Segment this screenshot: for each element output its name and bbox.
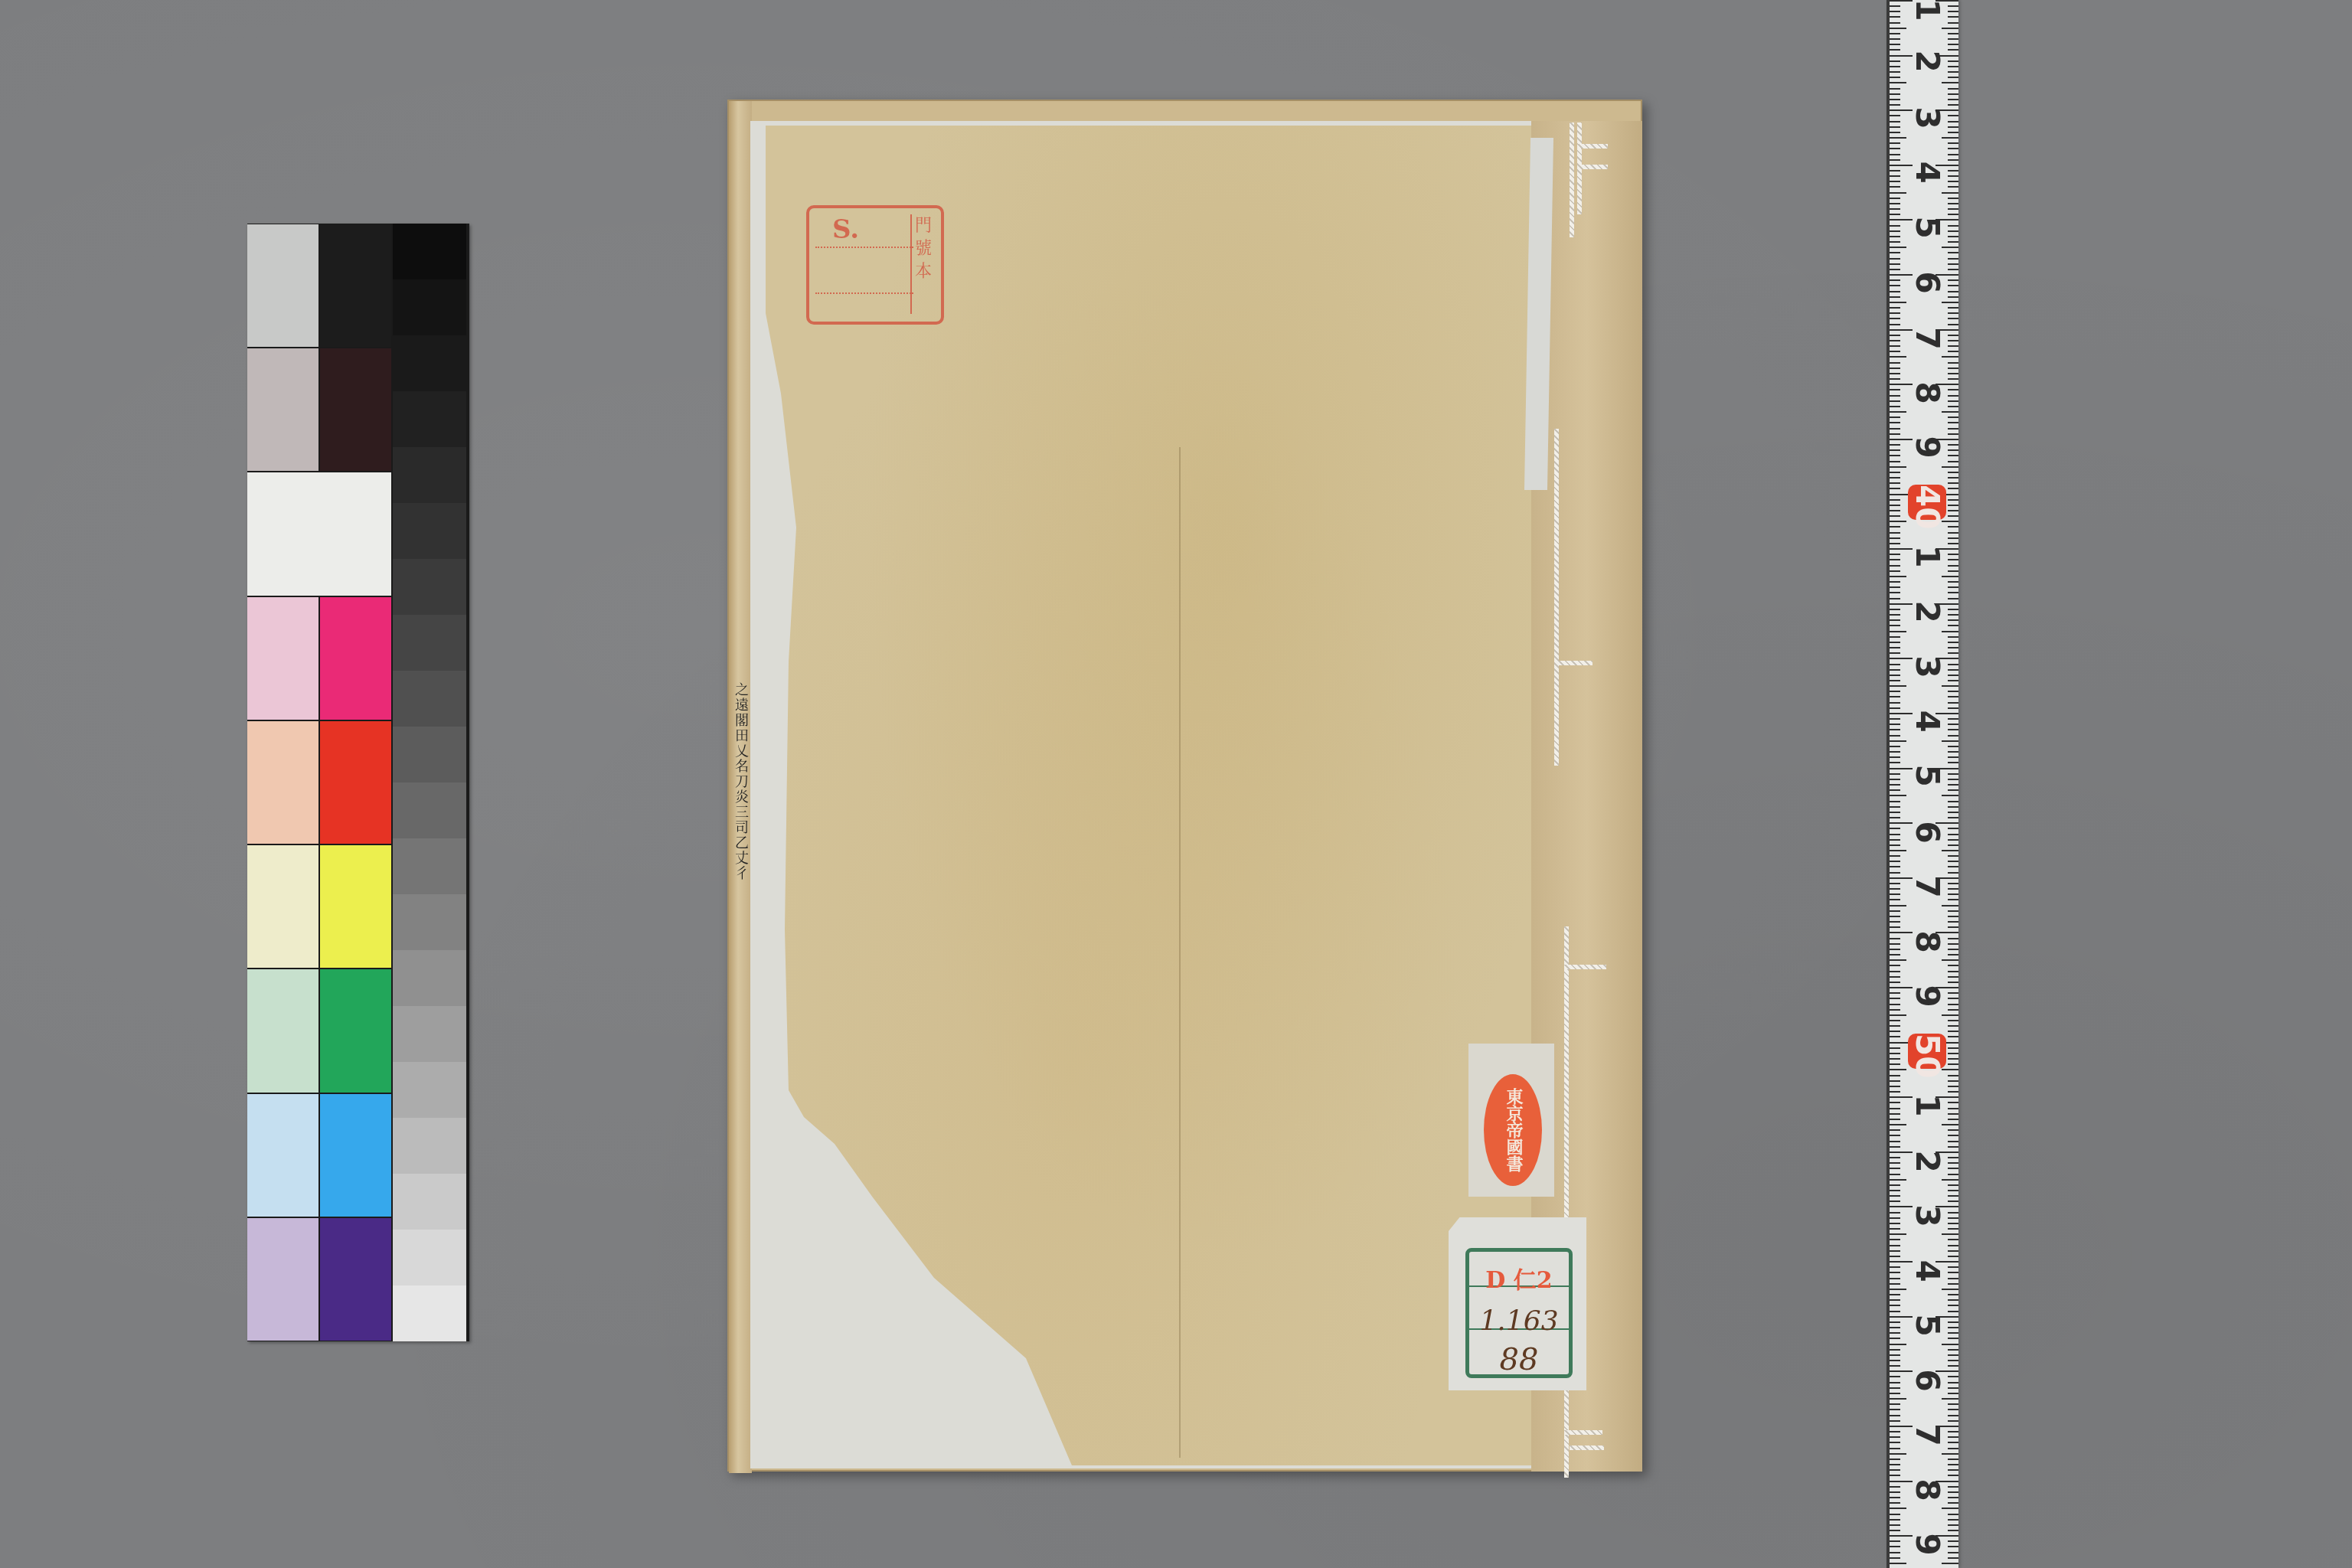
ruler-label: 8 [1908,1469,1946,1511]
ruler-tick [1948,1058,1958,1060]
ruler-tick [1948,16,1958,18]
ruler-tick [1890,565,1900,567]
ruler-tick [1890,1420,1900,1422]
ruler-tick [1890,1239,1900,1240]
ruler-tick [1948,839,1958,841]
ruler-tick [1890,472,1900,473]
ruler-tick [1948,1436,1958,1438]
ruler-tick [1890,318,1900,319]
binding-thread [1570,1445,1604,1450]
gray-step [393,1230,466,1285]
ruler-tick [1890,88,1900,90]
ruler-tick [1948,44,1958,45]
ruler-tick [1890,247,1906,248]
ruler-tick [1890,33,1900,34]
ruler-tick [1890,236,1900,237]
gray-step [393,838,466,894]
color-patch [247,348,318,471]
ruler-tick [1948,362,1958,364]
ruler-tick [1890,154,1900,155]
ruler-tick [1948,1086,1958,1087]
binding-thread [1577,165,1608,169]
ruler-tick [1948,60,1958,62]
ruler-tick [1890,1256,1900,1257]
ruler-tick [1890,291,1900,292]
gray-step [393,1285,466,1341]
ruler-tick [1890,1436,1900,1438]
ruler-tick [1890,817,1900,818]
ruler-tick [1890,576,1906,577]
ruler-tick [1890,1086,1900,1087]
ruler-tick [1890,198,1900,199]
ruler-tick [1890,499,1900,501]
ruler-tick [1948,696,1958,697]
ruler-tick [1948,1354,1958,1356]
ruler-tick [1890,1036,1900,1037]
ruler-tick [1890,449,1900,451]
ruler-tick [1890,1146,1900,1148]
ruler-tick [1890,203,1900,204]
ruler-tick [1890,543,1900,544]
ruler-tick [1948,943,1958,945]
gray-step [393,1006,466,1062]
gray-step [393,559,466,615]
gray-step [393,1118,466,1174]
ruler-tick [1890,1311,1900,1312]
call-number-label: D 仁2 1.163 88 [1449,1217,1586,1390]
ruler-tick [1890,38,1900,40]
ruler-tick [1890,1289,1906,1290]
ruler-tick [1948,104,1958,106]
ruler-tick [1948,1530,1958,1531]
ruler-tick [1948,647,1958,648]
ruler-tick [1890,675,1900,676]
ruler-tick [1890,1063,1900,1065]
ruler-tick [1890,28,1906,29]
ruler-tick [1948,1299,1958,1301]
ruler-label: 2 [1908,1141,1946,1182]
ruler-tick [1948,1174,1958,1175]
ruler-tick [1890,49,1900,51]
ruler-tick [1948,570,1958,572]
ruler-tick [1948,926,1958,928]
ruler-tick [1948,324,1958,325]
ruler-tick [1890,428,1900,430]
ruler-tick [1948,115,1958,116]
ruler-tick [1890,477,1900,479]
ruler-tick [1948,296,1958,298]
gray-step [393,1174,466,1230]
library-accession-stamp: S. 門 號 本 [806,205,944,325]
ruler-tick [1890,395,1900,397]
ruler-tick [1948,773,1958,775]
ruler-tick [1948,861,1958,862]
ruler-tick [1890,1305,1900,1306]
ruler-tick [1948,789,1958,791]
ruler-tick [1948,1075,1958,1076]
binding-thread [1558,661,1592,665]
ruler-tick [1890,526,1900,528]
ruler-tick [1948,992,1958,994]
ruler-tick [1948,609,1958,610]
ruler-tick [1948,1020,1958,1021]
ruler-tick [1948,625,1958,626]
ruler-tick [1948,762,1958,763]
ruler-tick [1948,312,1958,314]
ruler-tick [1948,406,1958,407]
ruler-tick [1948,1053,1958,1054]
ruler-tick [1890,872,1900,874]
binding-thread [1577,144,1608,149]
ruler-tick [1890,971,1900,972]
ruler-tick [1890,850,1906,851]
ruler-tick [1890,976,1900,978]
ruler-tick [1890,241,1900,243]
ruler-tick [1890,631,1906,632]
ruler-tick [1890,779,1900,780]
ruler-tick [1948,1108,1958,1109]
cover-crease [1179,447,1181,1458]
ruler-tick [1948,1327,1958,1328]
ruler-tick [1948,132,1958,133]
ruler-tick [1890,926,1900,928]
ruler-tick [1948,543,1958,544]
ruler-tick [1948,806,1958,808]
ownership-seal-label: 東京帝國書 [1468,1044,1554,1197]
ruler-tick [1890,1179,1906,1181]
ruler-tick [1890,828,1900,829]
ruler-tick [1890,99,1900,100]
gray-step [393,279,466,335]
ruler-tick [1890,784,1900,786]
ruler-tick [1948,1431,1958,1432]
ruler-tick [1890,554,1900,555]
ruler-tick [1890,1091,1900,1093]
ruler-tick [1890,1272,1900,1273]
gray-step [393,503,466,559]
ruler-tick [1948,1420,1958,1422]
ruler-tick [1890,965,1900,966]
ruler-tick [1948,208,1958,210]
ruler-tick [1890,581,1900,583]
ruler-tick [1948,982,1958,983]
ruler-tick [1890,806,1900,808]
ruler-tick [1948,1382,1958,1383]
ruler-tick [1890,1009,1900,1011]
ruler-tick [1948,1278,1958,1279]
ruler-tick [1890,1168,1900,1169]
ruler-tick [1948,33,1958,34]
ruler-tick [1890,614,1900,616]
ruler-tick [1948,477,1958,479]
ruler-tick [1948,66,1958,67]
ruler-tick [1948,921,1958,923]
ruler-label: 50 [1908,1034,1946,1069]
ruler-tick [1890,669,1900,671]
ruler-tick [1890,422,1900,423]
ruler-tick [1890,411,1906,413]
ruler-label: 5 [1908,1305,1946,1346]
ruler-tick [1948,680,1958,681]
ruler-tick [1890,16,1900,18]
ruler-tick [1948,159,1958,161]
ruler-tick [1890,82,1906,83]
gray-step [393,894,466,950]
ruler-tick [1890,312,1900,314]
ruler-tick [1890,893,1900,895]
ruler-tick [1948,718,1958,720]
ruler-label: 3 [1908,646,1946,688]
ruler-tick [1948,1464,1958,1465]
ruler-tick [1948,214,1958,215]
ruler-tick [1948,373,1958,374]
color-patch [320,348,391,471]
ruler-tick [1890,66,1900,67]
ruler-tick [1948,1448,1958,1449]
ruler-tick [1948,526,1958,528]
ruler-tick [1890,1557,1900,1559]
ruler-tick [1948,1162,1958,1164]
ruler-tick [1948,1540,1958,1542]
ruler-tick [1890,505,1900,506]
ruler-tick [1890,1486,1900,1488]
ruler-tick [1948,1272,1958,1273]
ruler-tick [1890,855,1900,857]
ruler-tick [1890,1108,1900,1109]
ruler-tick [1890,1546,1900,1547]
ruler-label: 6 [1908,812,1946,853]
ruler-tick [1890,729,1900,730]
gray-step [393,782,466,838]
ruler-tick [1948,1212,1958,1214]
ruler-tick [1948,559,1958,560]
ruler-tick [1948,1321,1958,1323]
ruler-tick [1948,1031,1958,1032]
ruler-tick [1890,1299,1900,1301]
ruler-tick [1890,982,1900,983]
ruler-label: 40 [1908,485,1946,520]
ruler-tick [1948,1475,1958,1476]
ruler-tick [1948,1502,1958,1504]
ruler-tick [1948,872,1958,874]
ruler-tick [1890,1464,1900,1465]
ruler-tick [1890,586,1900,588]
ruler-tick [1890,834,1900,835]
ruler-label: 1 [1908,0,1946,31]
ruler-tick [1890,789,1900,791]
ruler-tick [1948,855,1958,857]
ruler-tick [1890,335,1900,336]
ruler-tick [1948,735,1958,737]
ruler-tick [1890,680,1900,681]
ruler-tick [1890,406,1900,407]
ruler-tick [1948,586,1958,588]
ruler-tick [1948,910,1958,912]
ruler-tick [1890,685,1906,687]
color-patch [247,224,318,347]
ruler-tick [1890,1200,1900,1202]
ruler-tick [1948,230,1958,232]
ruler-tick [1890,44,1900,45]
ruler-tick [1890,916,1900,917]
ruler-tick [1948,614,1958,616]
ruler-tick [1890,1135,1900,1136]
ruler-tick [1948,1266,1958,1268]
ruler-tick [1890,186,1900,188]
ruler-tick [1948,88,1958,90]
ruler-label: 5 [1908,207,1946,248]
ruler-tick [1890,351,1900,352]
ruler-tick [1948,729,1958,730]
ruler-tick [1890,707,1900,709]
ruler-tick [1890,192,1906,194]
ruler-tick [1890,137,1906,139]
ruler-tick [1890,943,1900,945]
ruler-tick [1890,433,1900,435]
ruler-tick [1890,1080,1900,1082]
ruler-tick [1890,756,1900,758]
ruler-tick [1948,121,1958,122]
color-patch [247,1218,318,1341]
ruler-tick [1890,1344,1906,1345]
ruler-label: 7 [1908,1414,1946,1455]
ruler-tick [1948,1239,1958,1240]
color-patch [320,1094,391,1217]
ruler-tick [1948,1009,1958,1011]
ruler-tick [1890,1349,1900,1351]
ruler-tick [1948,335,1958,336]
ruler-tick [1890,801,1900,802]
ruler-tick [1890,258,1900,260]
ruler-tick [1948,1403,1958,1405]
ruler-tick [1890,691,1900,692]
binding-thread [1570,122,1574,237]
ruler-tick [1890,302,1906,303]
ruler-tick [1948,505,1958,506]
ruler-tick [1890,1250,1900,1252]
ruler-tick [1948,175,1958,177]
ruler-tick [1948,1256,1958,1257]
ruler-tick [1948,1102,1958,1103]
color-patch [320,969,391,1092]
ruler-tick [1890,1360,1900,1361]
ruler-tick [1890,461,1900,462]
gray-step [393,671,466,727]
ruler-tick [1948,279,1958,281]
ruler-tick [1948,318,1958,319]
ruler-tick [1948,1376,1958,1377]
binding-thread [1564,926,1569,1478]
ruler-tick [1948,784,1958,786]
ruler-tick [1948,225,1958,227]
ruler-tick [1948,181,1958,182]
ruler-tick [1948,834,1958,835]
ruler-tick [1890,1387,1900,1389]
ruler-tick [1948,965,1958,966]
ruler-tick [1948,472,1958,473]
ruler-tick [1890,609,1900,610]
ruler-tick [1890,373,1900,374]
ruler-tick [1890,1058,1900,1060]
ruler-tick [1890,1459,1900,1460]
ruler-tick [1890,702,1900,704]
page-edge-printed-text: 之遠閣田乂名刀炎三司乙丈彳 [735,683,750,1081]
ruler-tick [1890,1025,1900,1027]
page-edges: 之遠閣田乂名刀炎三司乙丈彳 [729,101,752,1473]
ruler-tick [1948,400,1958,402]
ruler-tick [1890,642,1900,643]
ruler-tick [1948,1157,1958,1158]
ruler-tick [1948,1469,1958,1471]
ruler-tick [1890,910,1900,912]
ruler-tick [1942,82,1958,83]
ruler-tick [1890,214,1900,215]
ruler-tick [1890,1332,1900,1334]
ruler-tick [1890,1365,1900,1367]
ruler-tick [1948,1190,1958,1191]
ruler-tick [1890,959,1906,961]
ruler-tick [1890,1184,1900,1186]
ruler-tick [1890,1540,1900,1542]
ruler-tick [1890,1266,1900,1268]
ruler-tick [1948,77,1958,78]
gray-step [393,727,466,782]
binding-thread [1564,1430,1602,1435]
ruler-tick [1948,1305,1958,1306]
ruler-tick [1890,938,1900,939]
color-patch [247,1094,318,1217]
ruler-tick [1948,258,1958,260]
ruler-tick [1948,1360,1958,1361]
ruler-label: 6 [1908,1360,1946,1401]
ruler-tick [1948,482,1958,484]
ruler-tick [1948,389,1958,390]
ruler-tick [1890,1069,1906,1070]
ruler-tick [1948,1283,1958,1285]
color-patch [320,1218,391,1341]
ruler-tick [1948,828,1958,829]
ruler-tick [1890,455,1900,456]
ruler-tick [1948,449,1958,451]
ruler-tick [1890,888,1900,890]
ruler-tick [1890,77,1900,78]
ruler-tick [1890,307,1900,309]
ruler-tick [1948,971,1958,972]
ruler-tick [1890,1491,1900,1493]
ruler-tick [1948,949,1958,950]
ruler-tick [1948,642,1958,643]
ruler-tick [1948,1245,1958,1246]
ruler-tick [1890,132,1900,133]
ruler-tick [1890,1119,1900,1120]
ruler-tick [1890,1431,1900,1432]
ruler-tick [1948,428,1958,430]
ruler-tick [1890,389,1900,390]
ruler-tick [1948,724,1958,725]
ruler-tick [1890,367,1900,369]
ruler-label: 8 [1908,372,1946,413]
ruler-tick [1890,1294,1900,1295]
ruler-tick [1948,1393,1958,1394]
ruler-tick [1890,1469,1900,1471]
ruler-tick [1890,735,1900,737]
ruler-tick [1948,1168,1958,1169]
ruler-tick [1890,126,1900,128]
ruler-tick [1948,537,1958,539]
ruler-tick [1948,285,1958,286]
ruler-tick [1890,356,1906,358]
ruler-tick [1948,455,1958,456]
